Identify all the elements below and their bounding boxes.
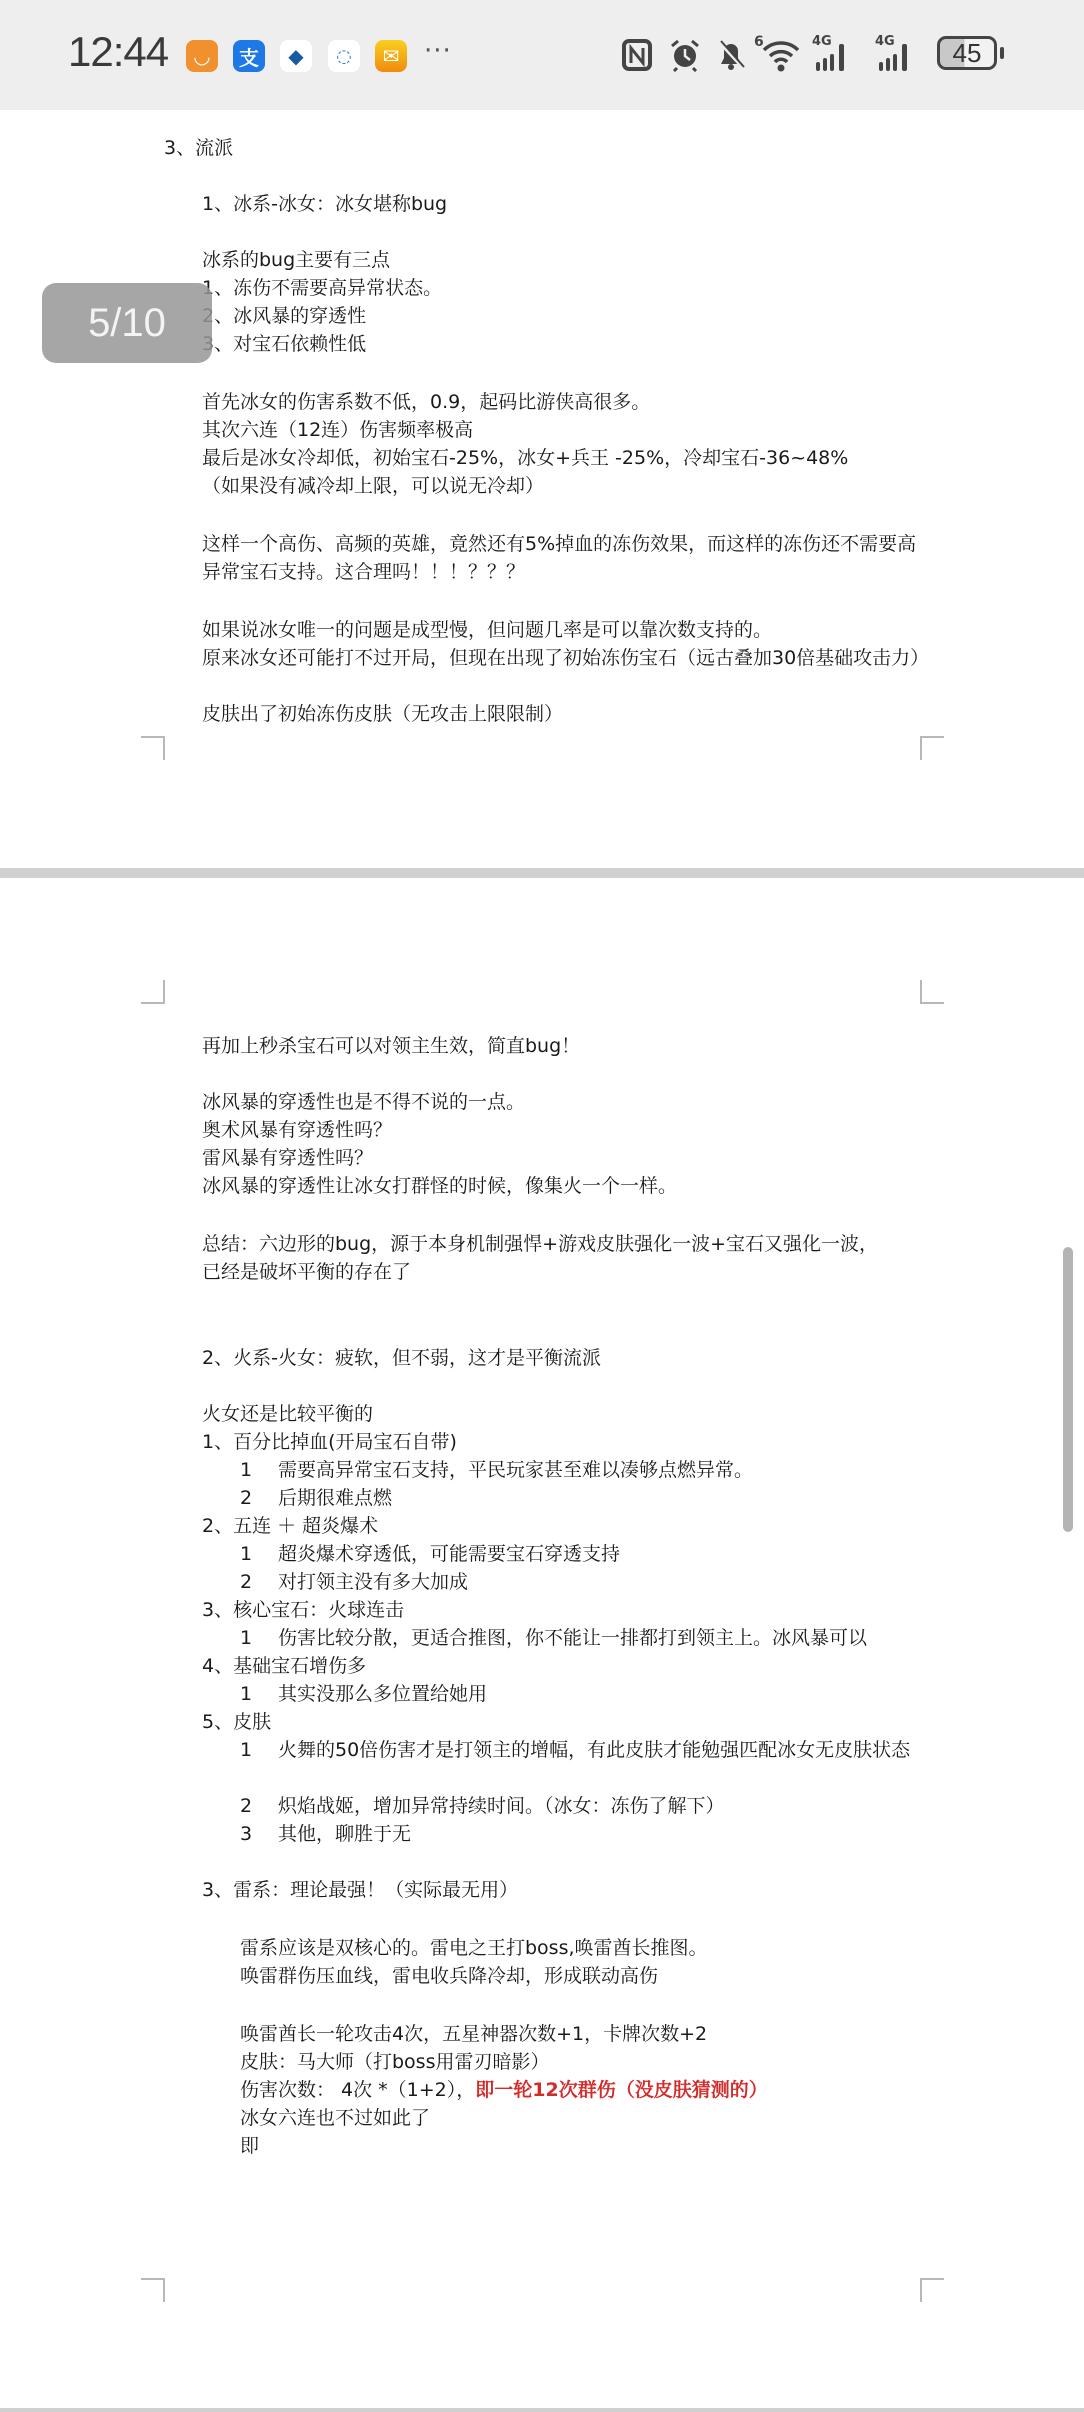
vertical-scrollbar[interactable] (1063, 1247, 1073, 1532)
paragraph-line: 总结：六边形的bug，源于本身机制强悍+游戏皮肤强化一波+宝石又强化一波， (202, 1230, 878, 1258)
paragraph-line: 首先冰女的伤害系数不低，0.9，起码比游侠高很多。 (202, 388, 650, 416)
smile-app-icon: ◡ (186, 40, 218, 72)
list-item: 4、基础宝石增伤多 (202, 1652, 366, 1680)
more-notifications-icon: ··· (424, 36, 452, 66)
sub-list-item: 1火舞的50倍伤害才是打领主的增幅，有此皮肤才能勉强匹配冰女无皮肤状态 (240, 1736, 930, 1764)
battery-indicator: 45 (937, 36, 997, 70)
bell-muted-icon (715, 38, 747, 72)
list-item: 3、核心宝石：火球连击 (202, 1596, 404, 1624)
list-item: 5、皮肤 (202, 1708, 271, 1736)
sub-list-item: 2对打领主没有多大加成 (240, 1568, 468, 1596)
paragraph-line: 皮肤出了初始冻伤皮肤（无攻击上限限制） (202, 700, 563, 728)
paragraph-line: 唤雷群伤压血线，雷电收兵降冷却，形成联动高伤 (240, 1962, 658, 1990)
paragraph-line: 再加上秒杀宝石可以对领主生效，简直bug！ (202, 1032, 580, 1060)
mail-icon: ✉ (375, 40, 407, 72)
status-bar: 12:44 ◡ 支 ◆ ◌ ✉ ··· 6 4G (0, 0, 1084, 110)
paragraph-line: 冰风暴的穿透性也是不得不说的一点。 (202, 1088, 525, 1116)
sub-list-item: 1超炎爆术穿透低，可能需要宝石穿透支持 (240, 1540, 620, 1568)
page-indicator: 5/10 (42, 283, 212, 363)
paragraph-line: 已经是破坏平衡的存在了 (202, 1258, 411, 1286)
sub-list-item: 2炽焰战姬，增加异常持续时间。（冰女：冻伤了解下） (240, 1792, 725, 1820)
paragraph-line: 最后是冰女冷却低，初始宝石-25%，冰女+兵王 -25%，冷却宝石-36~48% (202, 444, 848, 472)
page-corner-mark (920, 736, 944, 760)
page-corner-mark (141, 736, 165, 760)
page-corner-mark (141, 2278, 165, 2302)
paragraph: 原来冰女还可能打不过开局，但现在出现了初始冻伤宝石（远古叠加30倍基础攻击力） (202, 644, 922, 672)
list-item: 1、百分比掉血(开局宝石自带) (202, 1428, 457, 1456)
paragraph-line: 雷系应该是双核心的。雷电之王打boss,唤雷酋长推图。 (240, 1934, 708, 1962)
list-item: 3、对宝石依赖性低 (202, 330, 366, 358)
nfc-icon (622, 38, 652, 72)
paragraph-line: 奥术风暴有穿透性吗？ (202, 1116, 392, 1144)
paragraph-line: 如果说冰女唯一的问题是成型慢，但问题几率是可以靠次数支持的。 (202, 616, 772, 644)
alarm-icon (668, 38, 702, 72)
list-item: 1、冻伤不需要高异常状态。 (202, 274, 442, 302)
ccb-bank-icon: ◆ (280, 40, 312, 72)
paragraph: 这样一个高伤、高频的英雄，竟然还有5%掉血的冻伤效果，而这样的冻伤还不需要高异常… (202, 530, 922, 586)
paragraph-line: 即 (240, 2132, 259, 2160)
alipay-icon: 支 (233, 40, 265, 72)
document-page-1: 3、流派 1、冰系-冰女：冰女堪称bug 冰系的bug主要有三点 1、冻伤不需要… (0, 110, 1084, 868)
paragraph-line: 冰女六连也不过如此了 (240, 2104, 430, 2132)
subsection-heading: 1、冰系-冰女：冰女堪称bug (202, 190, 447, 218)
paragraph-line: 伤害次数： 4次 *（1+2），即一轮12次群伤（没皮肤猜测的） (240, 2076, 768, 2104)
sub-list-item: 3其他，聊胜于无 (240, 1820, 411, 1848)
signal-4g-icon: 4G (812, 38, 856, 72)
subsection-heading: 3、雷系：理论最强！（实际最无用） (202, 1876, 518, 1904)
paragraph-line: 冰风暴的穿透性让冰女打群怪的时候，像集火一个一样。 (202, 1172, 677, 1200)
page-corner-mark (141, 980, 165, 1004)
paragraph-line: 唤雷酋长一轮攻击4次，五星神器次数+1，卡牌次数+2 (240, 2020, 707, 2048)
list-item: 2、冰风暴的穿透性 (202, 302, 366, 330)
page-corner-mark (920, 2278, 944, 2302)
sub-list-item: 1伤害比较分散，更适合推图，你不能让一排都打到领主上。冰风暴可以 (240, 1624, 867, 1652)
section-heading: 3、流派 (164, 134, 233, 162)
document-page-2: 再加上秒杀宝石可以对领主生效，简直bug！ 冰风暴的穿透性也是不得不说的一点。 … (0, 878, 1084, 2408)
paragraph-line: 其次六连（12连）伤害频率极高 (202, 416, 473, 444)
page-corner-mark (920, 980, 944, 1004)
sub-list-item: 1其实没那么多位置给她用 (240, 1680, 487, 1708)
page-divider (0, 868, 1084, 878)
highlighted-text: 即一轮12次群伤（没皮肤猜测的） (475, 2079, 767, 2101)
signal-4g-icon-2: 4G (875, 38, 919, 72)
paragraph-line: 雷风暴有穿透性吗？ (202, 1144, 373, 1172)
list-item: 2、五连 ＋ 超炎爆术 (202, 1512, 378, 1540)
paragraph-line: 冰系的bug主要有三点 (202, 246, 390, 274)
page-divider-bottom (0, 2408, 1084, 2412)
wifi-6-icon: 6 (754, 38, 800, 72)
sub-list-item: 1需要高异常宝石支持，平民玩家甚至难以凑够点燃异常。 (240, 1456, 753, 1484)
clock: 12:44 (68, 28, 168, 76)
paragraph-line: （如果没有减冷却上限，可以说无冷却） (202, 472, 544, 500)
battery-tip (1000, 47, 1004, 59)
chat-bubble-icon: ◌ (328, 40, 360, 72)
sub-list-item: 2后期很难点燃 (240, 1484, 392, 1512)
paragraph-line: 火女还是比较平衡的 (202, 1400, 373, 1428)
paragraph-line: 皮肤：马大师（打boss用雷刃暗影） (240, 2048, 549, 2076)
subsection-heading: 2、火系-火女：疲软，但不弱，这才是平衡流派 (202, 1344, 601, 1372)
